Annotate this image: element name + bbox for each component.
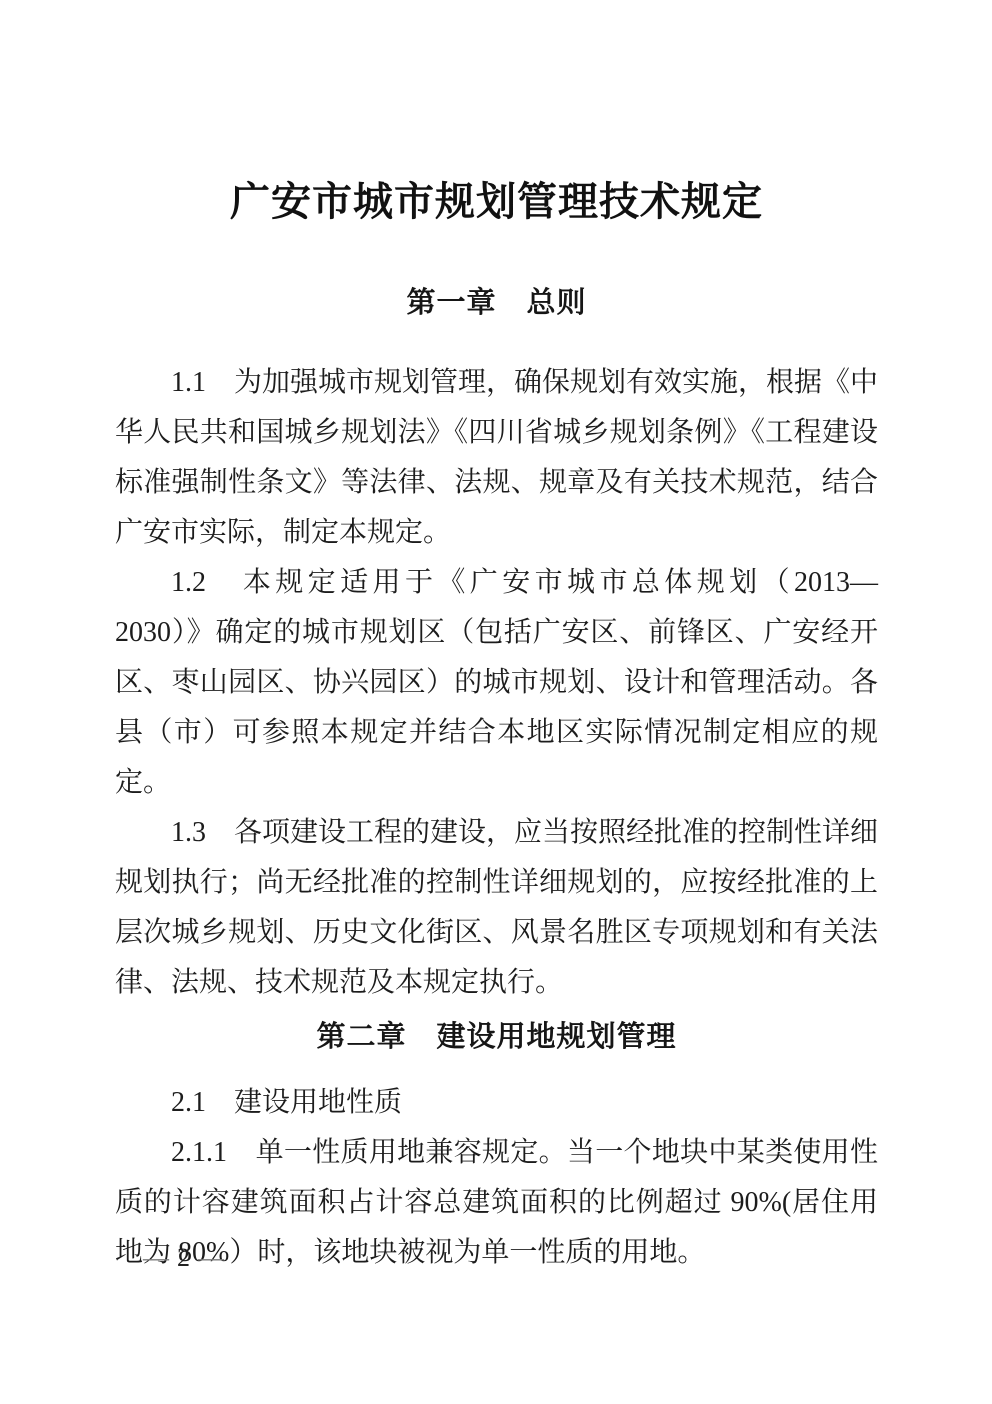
chapter-1-body: 1.1 为加强城市规划管理，确保规划有效实施，根据《中华人民共和国城乡规划法》《… — [115, 358, 878, 1008]
paragraph-1-3: 1.3 各项建设工程的建设，应当按照经批准的控制性详细规划执行；尚无经批准的控制… — [115, 808, 878, 1008]
document-page: 广安市城市规划管理技术规定 第一章 总则 1.1 为加强城市规划管理，确保规划有… — [0, 0, 992, 1404]
chapter-2-heading: 第二章 建设用地规划管理 — [115, 1022, 878, 1052]
footer-dash-left: — — [137, 1243, 175, 1272]
section-2-1-heading: 2.1 建设用地性质 — [115, 1078, 878, 1128]
page-number: 2 — [175, 1243, 192, 1272]
paragraph-1-2: 1.2 本规定适用于《广安市城市总体规划（2013—2030）》确定的城市规划区… — [115, 558, 878, 808]
page-content: 广安市城市规划管理技术规定 第一章 总则 1.1 为加强城市规划管理，确保规划有… — [115, 0, 878, 1278]
paragraph-1-1: 1.1 为加强城市规划管理，确保规划有效实施，根据《中华人民共和国城乡规划法》《… — [115, 358, 878, 558]
page-footer: —2— — [137, 1242, 230, 1274]
document-title: 广安市城市规划管理技术规定 — [115, 180, 878, 224]
footer-dash-right: — — [192, 1243, 230, 1272]
chapter-1-heading: 第一章 总则 — [115, 288, 878, 318]
